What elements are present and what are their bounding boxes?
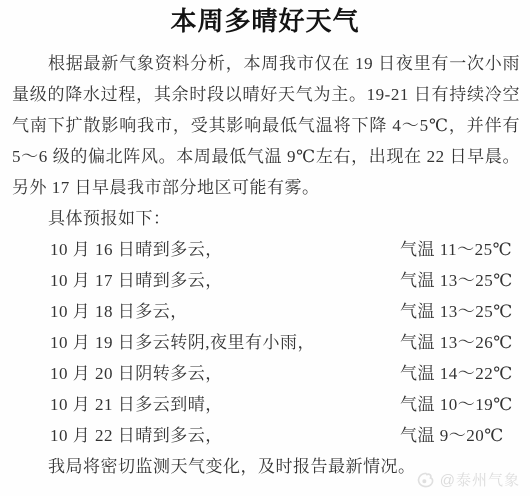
page-title: 本周多晴好天气 — [0, 0, 530, 45]
forecast-row: 10 月 20 日阴转多云， 气温 14～22℃ — [12, 358, 520, 389]
forecast-temp: 气温 9～20℃ — [400, 420, 520, 451]
paragraph-line-5: 另外 17 日早晨我市部分地区可能有雾。 — [12, 172, 520, 203]
forecast-date-desc: 10 月 20 日阴转多云， — [12, 358, 223, 389]
watermark-text: @泰州气象 — [440, 469, 520, 490]
paragraph-line-1: 根据最新气象资料分析，本周我市仅在 19 日夜里有一次小雨 — [12, 48, 520, 79]
forecast-row: 10 月 18 日多云， 气温 13～25℃ — [12, 296, 520, 327]
paragraph-line-3: 气南下扩散影响我市，受其影响最低气温将下降 4～5℃，并伴有 — [12, 110, 520, 141]
weibo-logo-icon — [416, 471, 436, 489]
forecast-temp: 气温 14～22℃ — [400, 358, 520, 389]
forecast-date-desc: 10 月 17 日晴到多云， — [12, 265, 223, 296]
forecast-date-desc: 10 月 22 日晴到多云， — [12, 420, 223, 451]
forecast-row: 10 月 22 日晴到多云， 气温 9～20℃ — [12, 420, 520, 451]
paragraph-line-2: 量级的降水过程，其余时段以晴好天气为主。19-21 日有持续冷空 — [12, 79, 520, 110]
forecast-temp: 气温 11～25℃ — [400, 234, 520, 265]
forecast-date-desc: 10 月 21 日多云到晴， — [12, 389, 223, 420]
forecast-row: 10 月 21 日多云到晴， 气温 10～19℃ — [12, 389, 520, 420]
watermark: @泰州气象 — [416, 469, 520, 490]
bulletin-body: 根据最新气象资料分析，本周我市仅在 19 日夜里有一次小雨 量级的降水过程，其余… — [12, 48, 520, 482]
forecast-row: 10 月 16 日晴到多云， 气温 11～25℃ — [12, 234, 520, 265]
forecast-date-desc: 10 月 18 日多云， — [12, 296, 188, 327]
forecast-date-desc: 10 月 16 日晴到多云， — [12, 234, 223, 265]
forecast-date-desc: 10 月 19 日多云转阴,夜里有小雨， — [12, 327, 315, 358]
forecast-temp: 气温 10～19℃ — [400, 389, 520, 420]
paragraph-line-4: 5～6 级的偏北阵风。本周最低气温 9℃左右，出现在 22 日早晨。 — [12, 141, 520, 172]
forecast-temp: 气温 13～25℃ — [400, 265, 520, 296]
forecast-temp: 气温 13～25℃ — [400, 296, 520, 327]
forecast-temp: 气温 13～26℃ — [400, 327, 520, 358]
forecast-lead-in: 具体预报如下： — [12, 203, 520, 234]
forecast-row: 10 月 17 日晴到多云， 气温 13～25℃ — [12, 265, 520, 296]
weather-bulletin-page: 本周多晴好天气 根据最新气象资料分析，本周我市仅在 19 日夜里有一次小雨 量级… — [0, 0, 530, 496]
forecast-row: 10 月 19 日多云转阴,夜里有小雨， 气温 13～26℃ — [12, 327, 520, 358]
